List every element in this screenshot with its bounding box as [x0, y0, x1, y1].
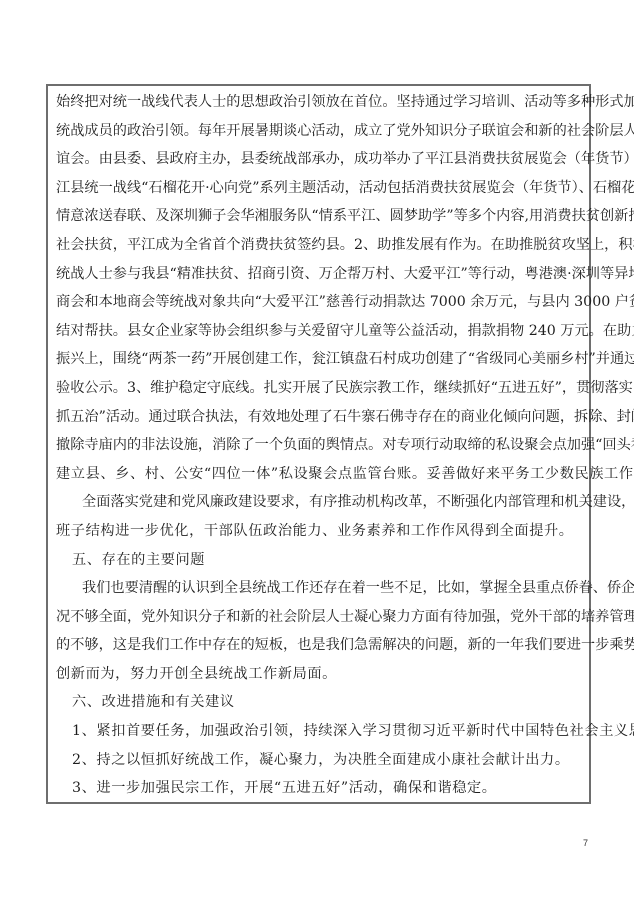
page-number: 7 [583, 838, 588, 848]
text-line: 情意浓送春联、及深圳狮子会华湘服务队“情系平江、圆梦助学”等多个内容,用消费扶贫… [56, 202, 584, 231]
section-five: 五、存在的主要问题 我们也要清醒的认识到全县统战工作还存在着一些不足，比如，掌握… [56, 546, 584, 689]
text-line: 况不够全面，党外知识分子和新的社会阶层人士凝心聚力方面有待加强，党外干部的培养管… [56, 603, 584, 632]
list-item: 3、进一步加强民宗工作，开展“五进五好”活动，确保和谐稳定。 [56, 774, 584, 803]
text-line: 建立县、乡、村、公安“四位一体”私设聚会点监管台账。妥善做好来平务工少数民族工作… [56, 460, 584, 489]
text-line: 抓五治”活动。通过联合执法，有效地处理了石牛寨石佛寺存在的商业化倾向问题，拆除、… [56, 403, 584, 432]
section-heading: 五、存在的主要问题 [56, 546, 584, 575]
text-line: 振兴上，围绕“两茶一药”开展创建工作，瓮江镇盘石村成功创建了“省级同心美丽乡村”… [56, 345, 584, 374]
text-line: 商会和本地商会等统战对象共向“大爱平江”慈善行动捐款达 7000 余万元，与县内… [56, 288, 584, 317]
text-line: 全面落实党建和党风廉政建设要求，有序推动机构改革，不断强化内部管理和机关建设，领… [56, 488, 584, 517]
text-line: 谊会。由县委、县政府主办，县委统战部承办，成功举办了平江县消费扶贫展览会（年货节… [56, 145, 584, 174]
list-item: 1、紧扣首要任务，加强政治引领，持续深入学习贯彻习近平新时代中国特色社会主义思想… [56, 717, 584, 746]
list-item: 2、持之以恒抓好统战工作，凝心聚力，为决胜全面建成小康社会献计出力。 [56, 746, 584, 775]
text-line: 社会扶贫，平江成为全省首个消费扶贫签约县。2、助推发展有作为。在助推脱贫攻坚上，… [56, 231, 584, 260]
text-line: 统战人士参与我县“精准扶贫、招商引资、万企帮万村、大爱平江”等行动，粤港澳·深圳… [56, 260, 584, 289]
text-line: 始终把对统一战线代表人士的思想政治引领放在首位。坚持通过学习培训、活动等多种形式… [56, 88, 584, 117]
document-body: 始终把对统一战线代表人士的思想政治引领放在首位。坚持通过学习培训、活动等多种形式… [56, 88, 584, 803]
text-line: 创新而为，努力开创全县统战工作新局面。 [56, 660, 584, 689]
text-line: 江县统一战线“石榴花开·心向党”系列主题活动，活动包括消费扶贫展览会（年货节）、… [56, 174, 584, 203]
text-line: 班子结构进一步优化，干部队伍政治能力、业务素养和工作作风得到全面提升。 [56, 517, 584, 546]
text-line: 结对帮扶。县女企业家等协会组织参与关爱留守儿童等公益活动，捐款捐物 240 万元… [56, 317, 584, 346]
party-building-paragraph: 全面落实党建和党风廉政建设要求，有序推动机构改革，不断强化内部管理和机关建设，领… [56, 488, 584, 545]
section-six: 六、改进措施和有关建议 1、紧扣首要任务，加强政治引领，持续深入学习贯彻习近平新… [56, 688, 584, 802]
section-heading: 六、改进措施和有关建议 [56, 688, 584, 717]
text-line: 撤除寺庙内的非法设施，消除了一个负面的舆情点。对专项行动取缔的私设聚会点加强“回… [56, 431, 584, 460]
section-continuation-paragraph: 始终把对统一战线代表人士的思想政治引领放在首位。坚持通过学习培训、活动等多种形式… [56, 88, 584, 488]
text-line: 验收公示。3、维护稳定守底线。扎实开展了民族宗教工作，继续抓好“五进五好”，贯彻… [56, 374, 584, 403]
text-line: 的不够，这是我们工作中存在的短板，也是我们急需解决的问题，新的一年我们要进一步乘… [56, 631, 584, 660]
text-line: 统战成员的政治引领。每年开展暑期谈心活动，成立了党外知识分子联谊会和新的社会阶层… [56, 117, 584, 146]
text-line: 我们也要清醒的认识到全县统战工作还存在着一些不足，比如，掌握全县重点侨眷、侨企情 [56, 574, 584, 603]
